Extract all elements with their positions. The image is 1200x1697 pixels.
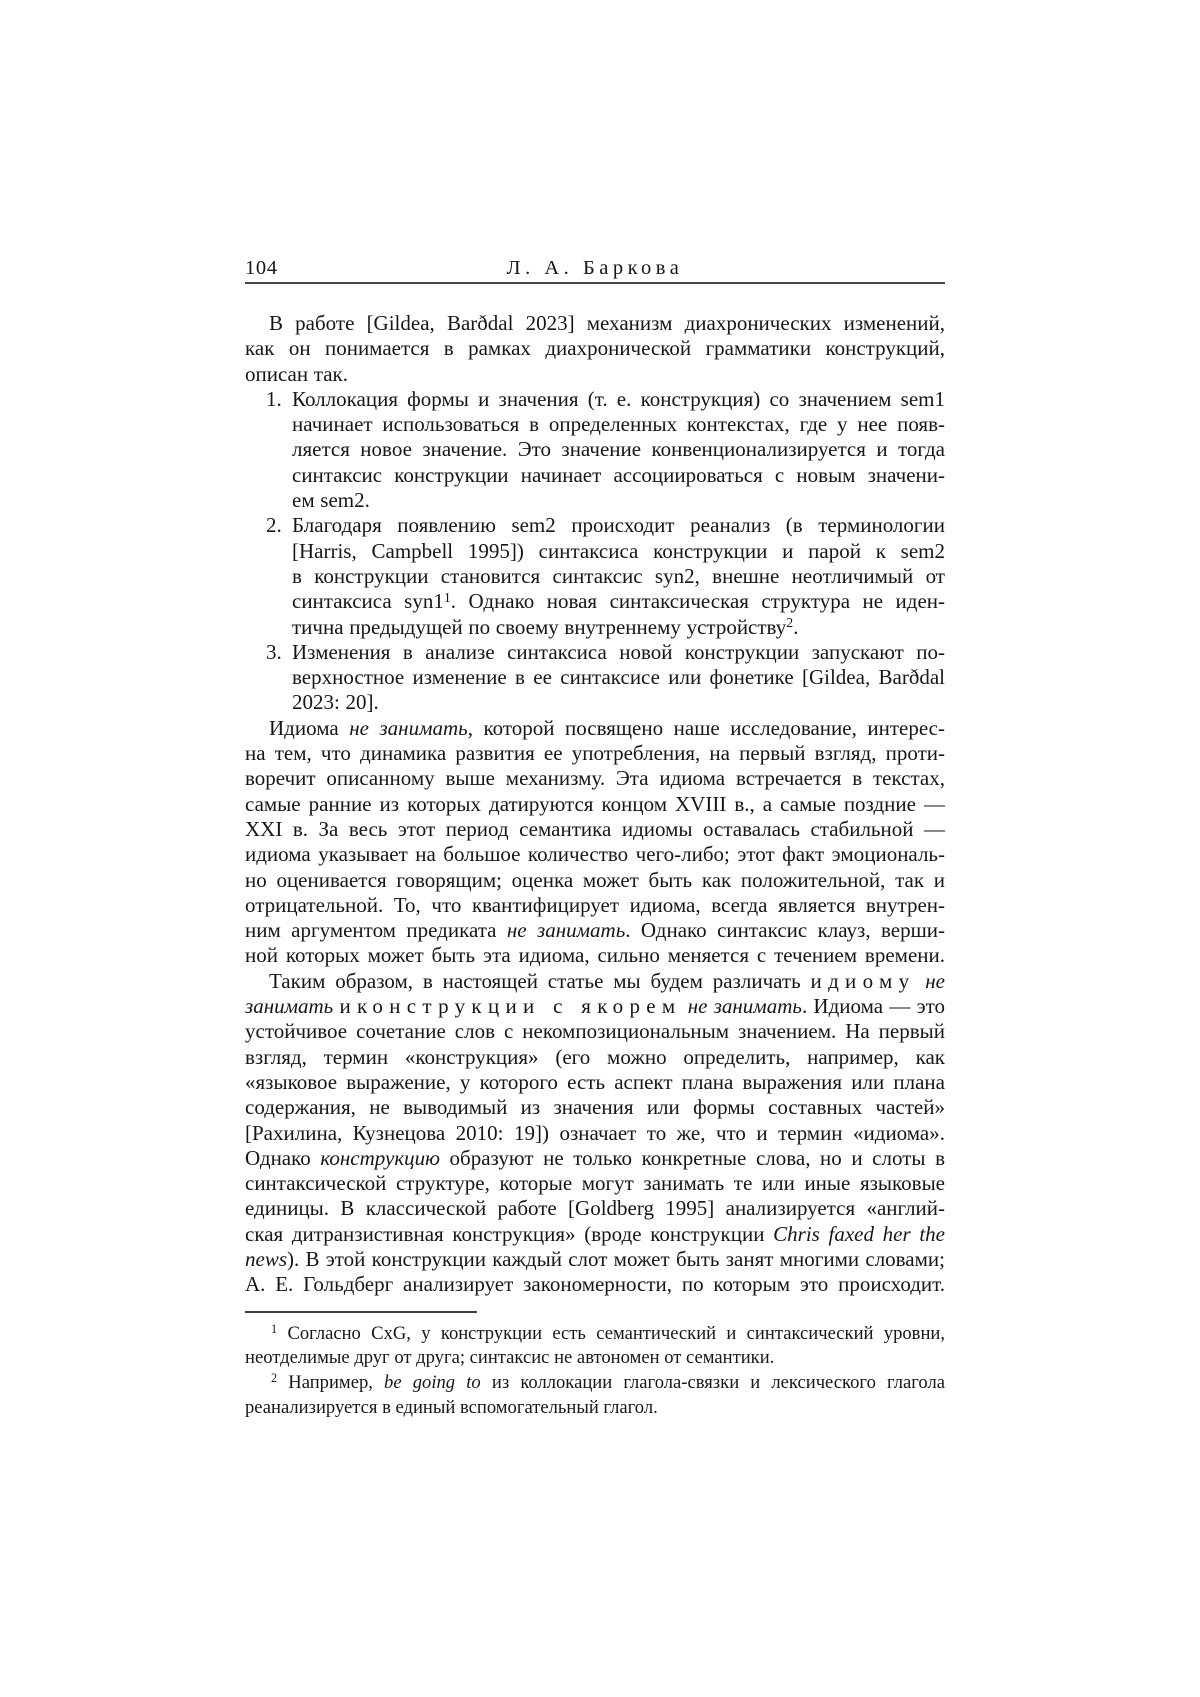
text-segment: не занимать	[688, 994, 802, 1018]
text-segment: XXI в. За весь этот период семантика иди…	[245, 817, 945, 841]
text-segment: неотделимые друг от друга; синтаксис не …	[245, 1347, 774, 1368]
text-line: 2023: 20].	[292, 690, 945, 715]
body-text: В работе [Gildea, Barðdal 2023] механизм…	[245, 311, 945, 1298]
footnote-marker: 2	[271, 1371, 277, 1385]
text-segment: верхностное изменение в ее синтаксисе ил…	[292, 665, 945, 689]
footnote: 2 Например, be going to из коллокации гл…	[245, 1371, 945, 1420]
text-segment: синтаксиса syn1	[292, 589, 444, 613]
text-segment: занимать	[245, 994, 333, 1018]
text-line: единицы. В классической работе [Goldberg…	[245, 1196, 945, 1221]
text-segment: [Harris, Campbell 1995]) синтаксиса конс…	[292, 539, 945, 563]
text-segment: . Однако новая синтаксическая структура …	[451, 589, 945, 613]
text-segment: в конструкции становится синтаксис syn2,…	[292, 564, 945, 588]
text-segment: . Однако синтаксис клауз, верши-	[625, 918, 945, 942]
text-segment: Изменения в анализе синтаксиса новой кон…	[292, 640, 945, 664]
text-line: ляется новое значение. Это значение конв…	[292, 437, 945, 462]
text-line: неотделимые друг от друга; синтаксис не …	[245, 1346, 945, 1371]
text-line: устойчивое сочетание слов с некомпозицио…	[245, 1019, 945, 1044]
text-segment: Идиома	[269, 716, 349, 740]
text-segment: ной которых может быть эта идиома, сильн…	[245, 943, 945, 967]
text-segment: Согласно CxG, у конструкции есть семанти…	[277, 1323, 945, 1344]
text-line: [Harris, Campbell 1995]) синтаксиса конс…	[292, 539, 945, 564]
text-line: ной которых может быть эта идиома, сильн…	[245, 943, 945, 968]
text-line: В работе [Gildea, Barðdal 2023] механизм…	[245, 311, 945, 336]
text-segment: тична предыдущей по своему внутреннему у…	[292, 615, 786, 639]
text-line: ним аргументом предиката не занимать. Од…	[245, 918, 945, 943]
list-item-number: 3.	[266, 640, 282, 665]
text-line: описан так.	[245, 362, 945, 387]
list-item: 2.Благодаря появлению sem2 происходит ре…	[245, 513, 945, 639]
text-segment: ская дитранзистивная конструкция» (вроде…	[245, 1222, 773, 1246]
text-segment: начинает использоваться в определенных к…	[292, 412, 945, 436]
footnote-marker: 2	[786, 615, 793, 630]
text-segment: А. Е. Гольдберг анализирует закономернос…	[245, 1272, 945, 1296]
list-item-number: 2.	[266, 513, 282, 538]
text-line: самые ранние из которых датируются концо…	[245, 792, 945, 817]
text-segment: ). В этой конструкции каждый слот может …	[287, 1247, 945, 1271]
text-line: на тем, что динамика развития ее употреб…	[245, 741, 945, 766]
running-header: 104 Л. А. Баркова	[245, 256, 945, 284]
text-segment: ем sem2.	[292, 488, 370, 512]
text-segment: не	[925, 969, 945, 993]
text-segment: Коллокация формы и значения (т. е. конст…	[292, 387, 945, 411]
paragraph: В работе [Gildea, Barðdal 2023] механизм…	[245, 311, 945, 387]
text-segment: конструкцию	[320, 1146, 440, 1170]
text-segment: как он понимается в рамках диахроническо…	[245, 336, 945, 360]
text-line: Благодаря появлению sem2 происходит реан…	[292, 513, 945, 538]
text-line: верхностное изменение в ее синтаксисе ил…	[292, 665, 945, 690]
text-segment: на тем, что динамика развития ее употреб…	[245, 741, 945, 765]
text-line: реанализируется в единый вспомогательный…	[245, 1396, 945, 1421]
text-segment: описан так.	[245, 362, 348, 386]
text-segment: Chris faxed her the	[773, 1222, 945, 1246]
footnote-separator-rule	[245, 1311, 477, 1313]
text-segment: .	[793, 615, 798, 639]
text-line: Таким образом, в настоящей статье мы буд…	[245, 969, 945, 994]
text-line: Однако конструкцию образуют не только ко…	[245, 1146, 945, 1171]
text-segment: [Рахилина, Кузнецова 2010: 19]) означает…	[245, 1121, 945, 1145]
text-line: в конструкции становится синтаксис syn2,…	[292, 564, 945, 589]
text-segment: be going to	[384, 1372, 481, 1393]
text-segment: но оценивается говорящим; оценка может б…	[245, 868, 945, 892]
footnote-marker: 1	[271, 1322, 277, 1336]
text-segment: Таким образом, в настоящей статье мы буд…	[269, 969, 811, 993]
text-segment: Однако	[245, 1146, 320, 1170]
text-segment: news	[245, 1247, 287, 1271]
text-segment: синтаксической структуре, которые могут …	[245, 1171, 945, 1195]
text-line: А. Е. Гольдберг анализирует закономернос…	[245, 1272, 945, 1297]
text-line: синтаксической структуре, которые могут …	[245, 1171, 945, 1196]
text-line: Идиома не занимать, которой посвящено на…	[245, 716, 945, 741]
text-segment: ляется новое значение. Это значение конв…	[292, 437, 945, 461]
text-line: взгляд, термин «конструкция» (его можно …	[245, 1045, 945, 1070]
text-line: как он понимается в рамках диахроническо…	[245, 336, 945, 361]
footnotes-list: 1 Согласно CxG, у конструкции есть семан…	[245, 1322, 945, 1421]
paragraph: Таким образом, в настоящей статье мы буд…	[245, 969, 945, 1298]
text-line: Изменения в анализе синтаксиса новой кон…	[292, 640, 945, 665]
text-segment: конструкции с якорем	[357, 994, 681, 1018]
text-line: news). В этой конструкции каждый слот мо…	[245, 1247, 945, 1272]
text-line: занимать и конструкции с якорем не заним…	[245, 994, 945, 1019]
text-segment: взгляд, термин «конструкция» (его можно …	[245, 1045, 945, 1069]
text-segment: идиому	[811, 969, 916, 993]
text-line: 1 Согласно CxG, у конструкции есть семан…	[245, 1322, 945, 1347]
footnote-marker: 1	[444, 590, 451, 605]
text-line: воречит описанному выше механизму. Эта и…	[245, 766, 945, 791]
text-segment	[915, 969, 925, 993]
list-item: 3.Изменения в анализе синтаксиса новой к…	[245, 640, 945, 716]
text-segment: . Идиома — это	[802, 994, 945, 1018]
text-segment: не занимать	[349, 716, 468, 740]
text-segment: 2023: 20].	[292, 690, 379, 714]
text-segment: отрицательной. То, что квантифицирует ид…	[245, 893, 945, 917]
text-segment: Например,	[277, 1372, 384, 1393]
running-head-author: Л. А. Баркова	[245, 256, 945, 280]
list-item: 1.Коллокация формы и значения (т. е. кон…	[245, 387, 945, 513]
list-item-number: 1.	[266, 387, 282, 412]
text-line: синтаксис конструкции начинает ассоцииро…	[292, 463, 945, 488]
text-segment: единицы. В классической работе [Goldberg…	[245, 1196, 945, 1220]
text-line: тична предыдущей по своему внутреннему у…	[292, 615, 945, 640]
text-line: идиома указывает на большое количество ч…	[245, 842, 945, 867]
text-segment: самые ранние из которых датируются концо…	[245, 792, 945, 816]
text-segment: из коллокации глагола-связки и лексическ…	[481, 1372, 945, 1393]
text-line: [Рахилина, Кузнецова 2010: 19]) означает…	[245, 1121, 945, 1146]
text-line: ем sem2.	[292, 488, 945, 513]
scanned-paper-page: 104 Л. А. Баркова В работе [Gildea, Barð…	[0, 0, 1200, 1697]
text-segment: «языковое выражение, у которого есть асп…	[245, 1070, 945, 1094]
text-line: содержания, не выводимый из значения или…	[245, 1095, 945, 1120]
text-segment: не занимать	[507, 918, 625, 942]
text-segment: идиома указывает на большое количество ч…	[245, 842, 945, 866]
text-line: начинает использоваться в определенных к…	[292, 412, 945, 437]
text-segment: воречит описанному выше механизму. Эта и…	[245, 766, 945, 790]
text-segment: , которой посвящено наше исследование, и…	[468, 716, 945, 740]
text-line: 2 Например, be going to из коллокации гл…	[245, 1371, 945, 1396]
text-column: 104 Л. А. Баркова В работе [Gildea, Barð…	[245, 256, 945, 1420]
text-line: синтаксиса syn11. Однако новая синтаксич…	[292, 589, 945, 614]
text-line: но оценивается говорящим; оценка может б…	[245, 868, 945, 893]
text-segment: реанализируется в единый вспомогательный…	[245, 1397, 658, 1418]
text-line: Коллокация формы и значения (т. е. конст…	[292, 387, 945, 412]
text-segment: Благодаря появлению sem2 происходит реан…	[292, 513, 945, 537]
text-segment: содержания, не выводимый из значения или…	[245, 1095, 945, 1119]
text-segment: образуют не только конкретные слова, но …	[440, 1146, 945, 1170]
footnote: 1 Согласно CxG, у конструкции есть семан…	[245, 1322, 945, 1371]
text-line: ская дитранзистивная конструкция» (вроде…	[245, 1222, 945, 1247]
paragraph: Идиома не занимать, которой посвящено на…	[245, 716, 945, 969]
text-line: XXI в. За весь этот период семантика иди…	[245, 817, 945, 842]
text-line: отрицательной. То, что квантифицирует ид…	[245, 893, 945, 918]
text-segment: В работе [Gildea, Barðdal 2023] механизм…	[269, 311, 945, 335]
text-line: «языковое выражение, у которого есть асп…	[245, 1070, 945, 1095]
text-segment: и	[333, 994, 357, 1018]
text-segment: ним аргументом предиката	[245, 918, 507, 942]
text-segment: синтаксис конструкции начинает ассоцииро…	[292, 463, 945, 487]
text-segment: устойчивое сочетание слов с некомпозицио…	[245, 1019, 945, 1043]
